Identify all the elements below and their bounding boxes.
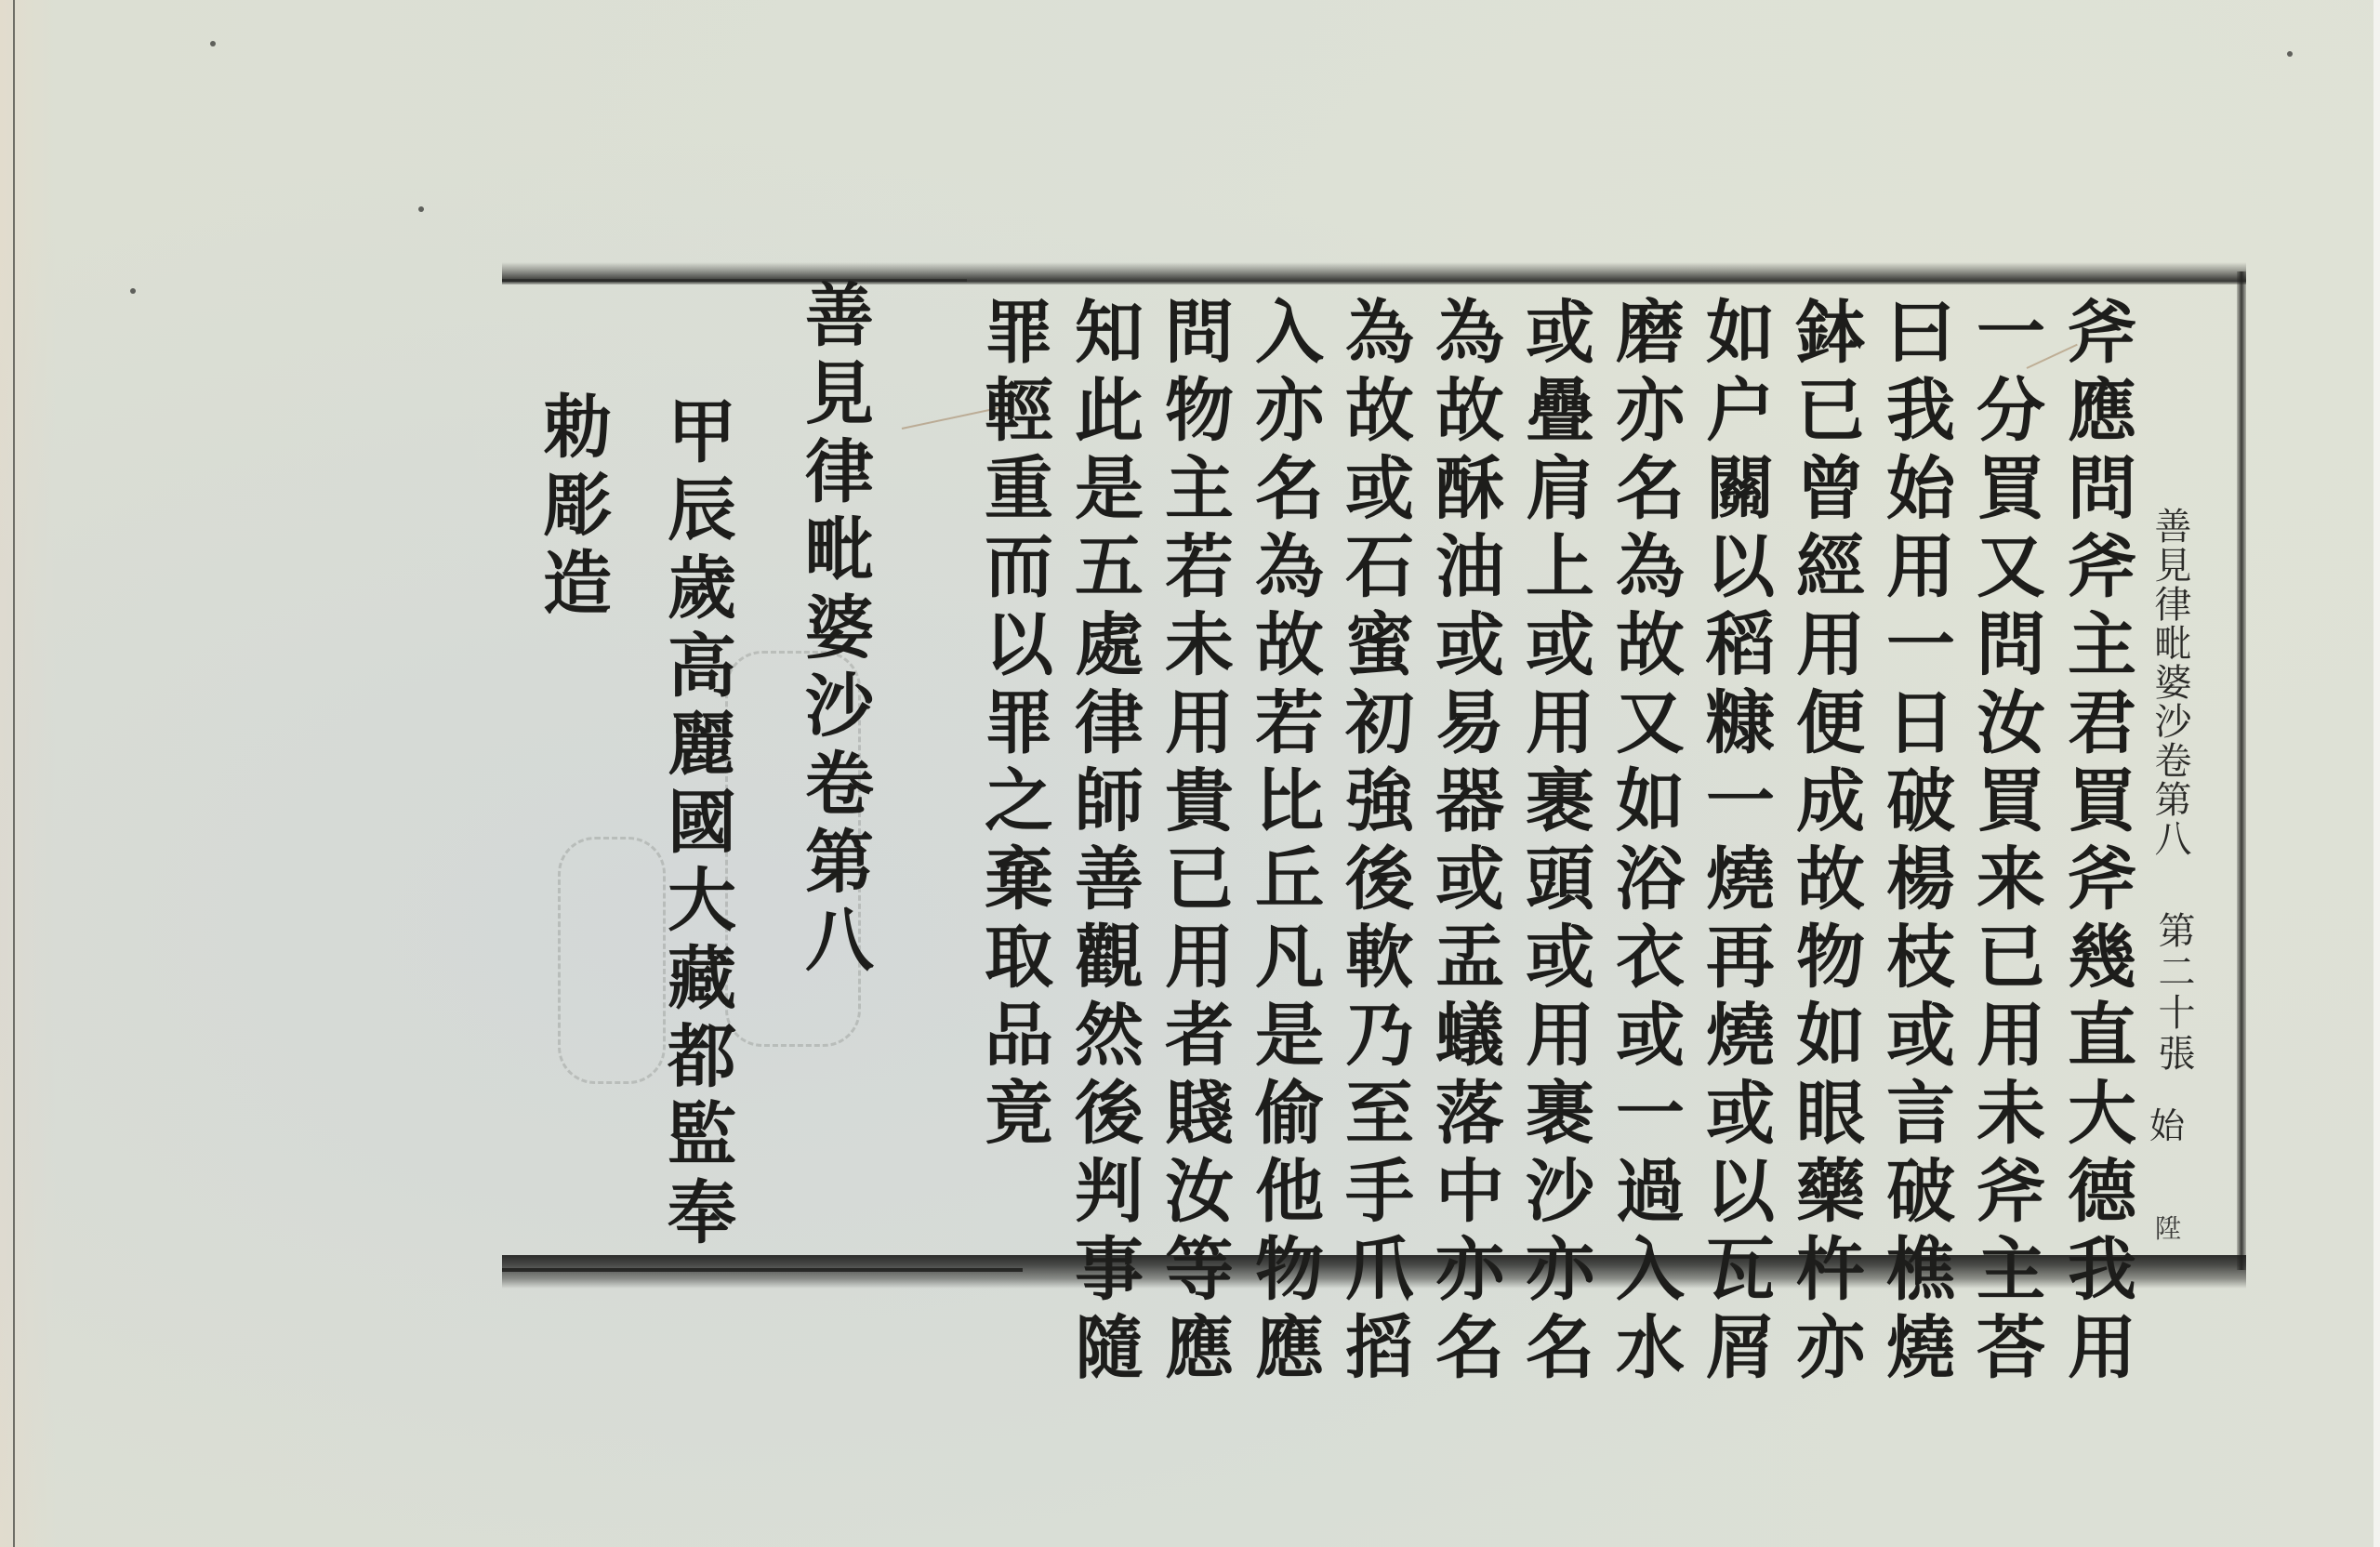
ink-speck	[2287, 51, 2293, 57]
text-column-3: 曰我始用一日破楊枝或言破樵燒	[1881, 296, 1950, 1389]
text-column-8: 為故酥油或易器或盂蟻落中亦名	[1430, 296, 1499, 1389]
text-column-13: 罪輕重而以罪之棄取品竟	[979, 296, 1048, 1155]
ink-speck	[418, 206, 424, 212]
ink-speck	[130, 288, 136, 294]
text-column-4: 鉢已曾經用便成故物如眼藥杵亦	[1791, 296, 1859, 1389]
text-column-9: 為故或石蜜初強後軟乃至手爪搯	[1340, 296, 1408, 1389]
text-column-2: 一分買又問汝買来已用未斧主荅	[1971, 296, 2040, 1389]
text-column-12: 知此是五處律師善觀然後判事隨	[1069, 296, 1138, 1389]
colophon-line-2: 勅彫造	[537, 390, 606, 625]
block-frame-right	[2237, 271, 2246, 1270]
ghost-mark	[558, 837, 666, 1084]
text-column-1: 斧應問斧主君買斧幾直大德我用	[2062, 296, 2131, 1389]
margin-page-number: 第二十張	[2148, 911, 2201, 1075]
colophon-line-1: 甲辰歲高麗國大藏都監奉	[662, 395, 731, 1254]
text-column-7: 或疊肩上或用裹頭或用裹沙亦名	[1520, 296, 1589, 1389]
text-column-11: 問物主若未用貴已用者賤汝等應	[1159, 296, 1228, 1389]
block-frame-top-line	[502, 279, 967, 282]
margin-title: 善見律毗婆沙卷第八	[2144, 507, 2197, 858]
text-column-6: 磨亦名為故又如浴衣或一過入水	[1610, 296, 1679, 1389]
block-frame-bottom-line	[502, 1268, 1023, 1272]
margin-carver-mark: 陞	[2155, 1209, 2181, 1246]
text-column-5: 如户關以稻糠一燒再燒或以瓦屑	[1700, 296, 1769, 1389]
scan-edge	[2373, 0, 2380, 1547]
margin-block-mark: 始	[2149, 1097, 2185, 1148]
text-column-10: 入亦名為故若比丘凡是偷他物應	[1249, 296, 1318, 1389]
ink-speck	[210, 41, 216, 46]
closing-title: 善見律毗婆沙卷第八	[800, 279, 868, 982]
page-fold-line	[13, 0, 15, 1547]
